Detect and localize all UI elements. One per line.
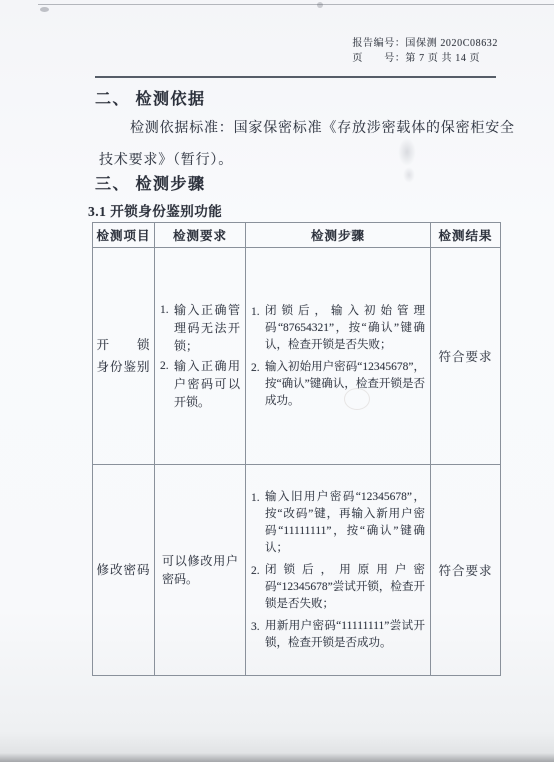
requirement-cell: 可以修改用户密码。 (155, 465, 246, 676)
scan-edge-top (38, 4, 554, 5)
step-text: 闭锁后，输入初始管理码“87654321”，按“确认”键确认，检查开锁是否失败； (265, 303, 425, 354)
list-number: 3. (251, 618, 265, 652)
step-item: 1. 输入旧用户密码“12345678”，按“改码”键，再输入新用户密码“111… (251, 489, 425, 557)
requirement-text: 输入正确用户密码可以开锁。 (174, 357, 240, 411)
header-divider (95, 76, 496, 78)
column-header-requirement: 检测要求 (155, 223, 246, 248)
report-number-value: 国保测 2020C08632 (405, 38, 498, 49)
test-steps-table: 检测项目 检测要求 检测步骤 检测结果 开 锁 身份鉴别 1. 输入正确管理码无… (92, 222, 501, 676)
page-number-label: 页 号： (352, 53, 405, 64)
item-cell-unlock-auth: 开 锁 身份鉴别 (93, 248, 155, 465)
section-heading-basis: 二、 检测依据 (95, 86, 206, 109)
list-number: 2. (160, 357, 174, 411)
scan-smudge (398, 138, 416, 166)
scan-smudge (403, 167, 415, 183)
page-number-line: 页 号：第 7 页 共 14 页 (352, 51, 498, 66)
scanned-report-page: { "header": { "report_no_label": "报告编号："… (0, 0, 554, 762)
steps-cell: 1. 闭锁后，输入初始管理码“87654321”，按“确认”键确认，检查开锁是否… (246, 248, 431, 465)
list-number: 1. (251, 303, 265, 354)
result-cell: 符合要求 (431, 248, 501, 465)
scan-speck (40, 7, 49, 12)
step-text: 闭锁后，用原用户密码“12345678”尝试开锁，检查开锁是否失败； (265, 562, 425, 613)
list-number: 2. (251, 359, 265, 410)
basis-paragraph-line-2: 技术要求》（暂行）。 (99, 149, 233, 169)
requirement-text: 可以修改用户密码。 (160, 552, 240, 588)
step-item: 3. 用新用户密码“11111111”尝试开锁，检查开锁是否成功。 (251, 618, 425, 652)
table-header-row: 检测项目 检测要求 检测步骤 检测结果 (93, 223, 501, 248)
report-number-label: 报告编号： (352, 38, 405, 49)
report-number-line: 报告编号：国保测 2020C08632 (352, 36, 498, 51)
item-line: 修改密码 (94, 559, 153, 581)
column-header-result: 检测结果 (431, 223, 501, 248)
requirement-cell: 1. 输入正确管理码无法开锁； 2. 输入正确用户密码可以开锁。 (155, 248, 246, 465)
item-cell-change-password: 修改密码 (93, 465, 155, 676)
step-item: 2. 闭锁后，用原用户密码“12345678”尝试开锁，检查开锁是否失败； (251, 562, 425, 613)
step-text: 用新用户密码“11111111”尝试开锁，检查开锁是否成功。 (265, 618, 425, 652)
requirement-item: 1. 输入正确管理码无法开锁； (160, 301, 240, 355)
column-header-steps: 检测步骤 (246, 223, 431, 248)
step-item: 2. 输入初始用户密码“12345678”，按“确认”键确认，检查开锁是否成功。 (251, 359, 425, 410)
step-item: 1. 闭锁后，输入初始管理码“87654321”，按“确认”键确认，检查开锁是否… (251, 303, 425, 354)
table-row: 修改密码 可以修改用户密码。 1. 输入旧用户密码“12345678”，按“改码… (93, 465, 501, 676)
list-number: 1. (160, 301, 174, 355)
table-row: 开 锁 身份鉴别 1. 输入正确管理码无法开锁； 2. 输入正确用户密码可以开锁… (93, 248, 501, 465)
result-cell: 符合要求 (431, 465, 501, 676)
scan-speck (317, 2, 323, 8)
column-header-item: 检测项目 (93, 223, 155, 248)
step-text: 输入旧用户密码“12345678”，按“改码”键，再输入新用户密码“111111… (265, 489, 425, 557)
list-number: 2. (251, 562, 265, 613)
section-heading-steps: 三、 检测步骤 (95, 171, 206, 194)
requirement-item: 2. 输入正确用户密码可以开锁。 (160, 357, 240, 411)
steps-cell: 1. 输入旧用户密码“12345678”，按“改码”键，再输入新用户密码“111… (246, 465, 431, 676)
list-number: 1. (251, 489, 265, 557)
report-header: 报告编号：国保测 2020C08632 页 号：第 7 页 共 14 页 (352, 36, 498, 66)
requirement-text: 输入正确管理码无法开锁； (174, 301, 240, 355)
item-line: 开 锁 (94, 334, 153, 356)
basis-paragraph-line-1: 检测依据标准：国家保密标准《存放涉密载体的保密柜安全 (130, 117, 515, 137)
step-text: 输入初始用户密码“12345678”，按“确认”键确认，检查开锁是否成功。 (265, 359, 425, 410)
page-number-value: 第 7 页 共 14 页 (405, 53, 480, 64)
item-line: 身份鉴别 (94, 356, 153, 378)
subsection-heading-unlock-auth: 3.1 开锁身份鉴别功能 (88, 200, 222, 220)
scan-edge-bottom (0, 753, 554, 762)
